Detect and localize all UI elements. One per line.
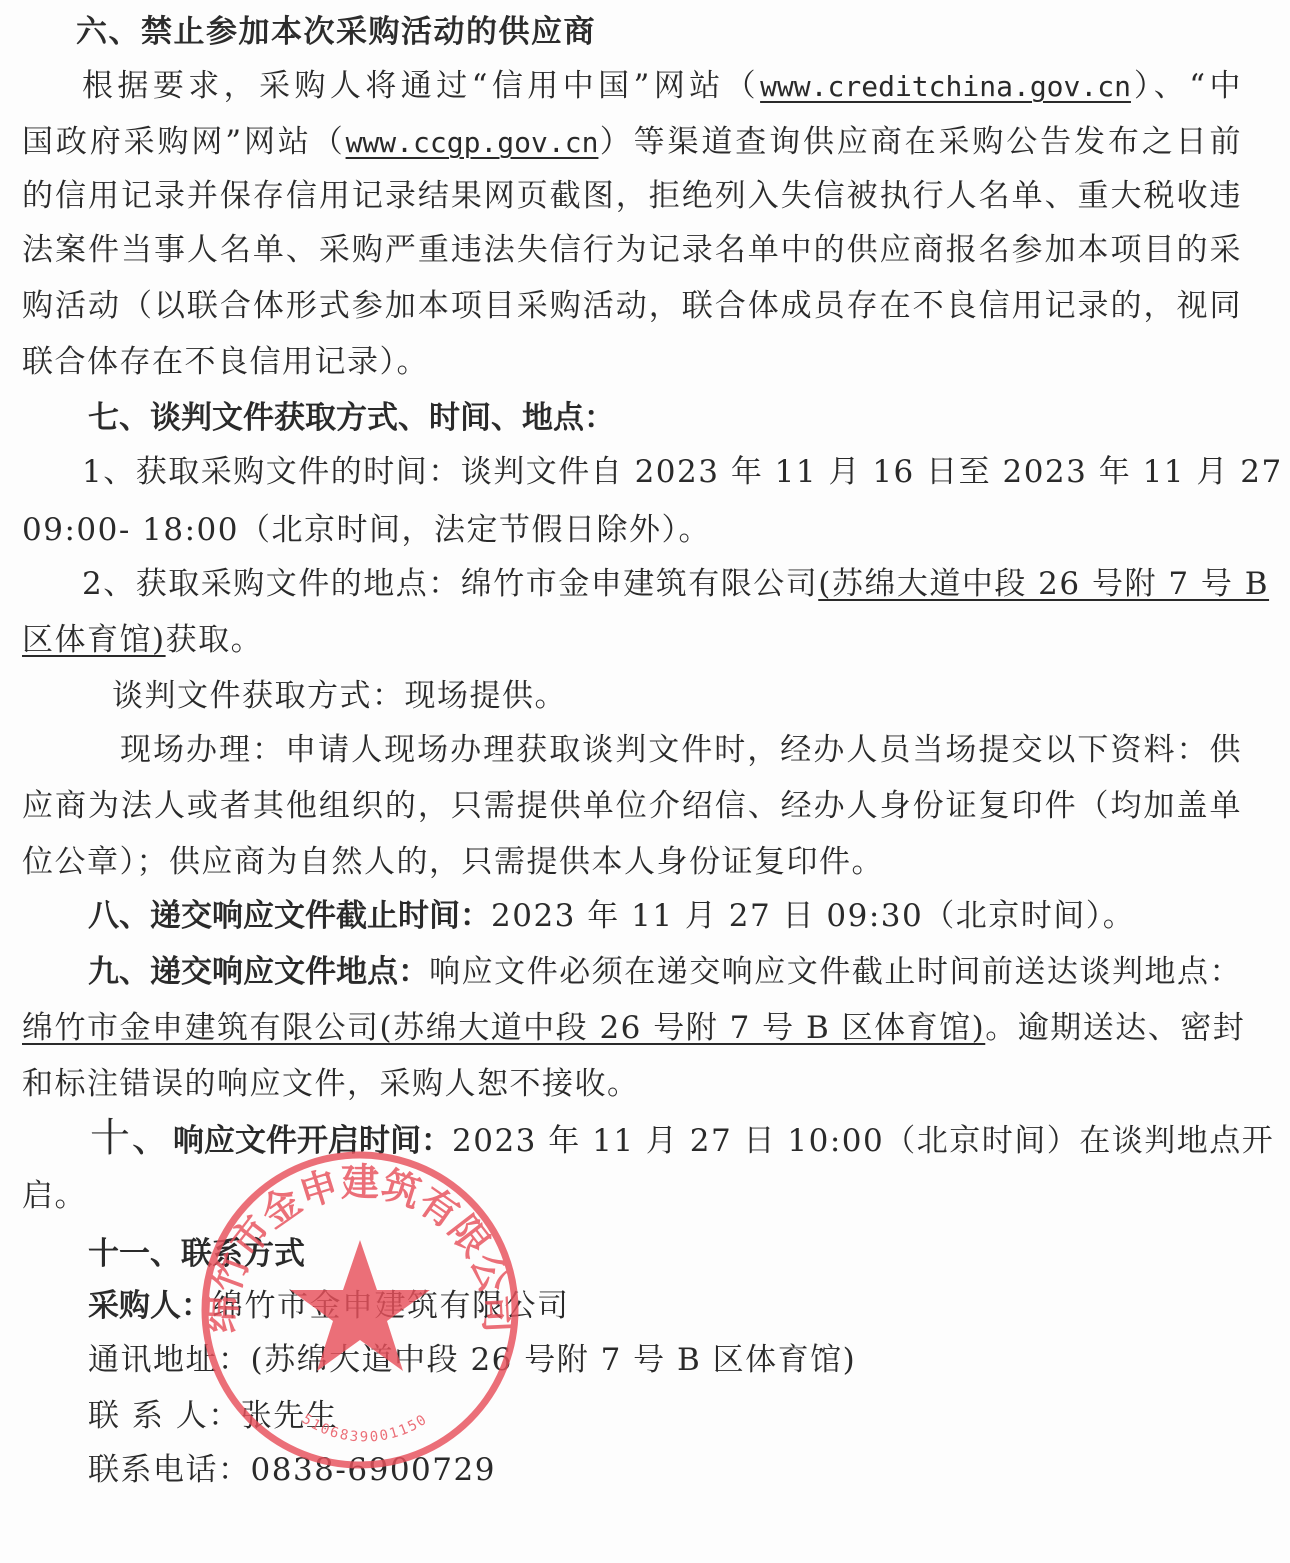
section-10-value: 2023 年 11 月 27 日 10:00（北京时间）在谈判地点开 bbox=[452, 1123, 1274, 1159]
ccgp-link[interactable]: www.ccgp.gov.cn bbox=[346, 126, 599, 159]
contact-phone: 联系电话：0838-6900729 bbox=[88, 1450, 1290, 1490]
section-9-heading: 九、递交响应文件地点： bbox=[88, 954, 429, 990]
purchaser-value: 绵竹市金申建筑有限公司 bbox=[212, 1288, 570, 1324]
section-6-line-5: 购活动（以联合体形式参加本项目采购活动，联合体成员存在不良信用记录的，视同 bbox=[22, 286, 1242, 326]
document-page: 六、禁止参加本次采购活动的供应商 根据要求，采购人将通过“信用中国”网站（www… bbox=[0, 0, 1290, 1563]
section-6-line-6: 联合体存在不良信用记录）。 bbox=[22, 342, 1242, 382]
address-value: (苏绵大道中段 26 号附 7 号 B 区体育馆) bbox=[251, 1342, 857, 1378]
text: 。逾期送达、密封 bbox=[985, 1010, 1245, 1046]
address-label: 通讯地址： bbox=[88, 1342, 251, 1378]
text: ）、“中 bbox=[1131, 68, 1242, 104]
section-10-line-1: 十、响应文件开启时间：2023 年 11 月 27 日 10:00（北京时间）在… bbox=[90, 1118, 1242, 1158]
section-9-line-2: 绵竹市金申建筑有限公司(苏绵大道中段 26 号附 7 号 B 区体育馆)。逾期送… bbox=[22, 1008, 1242, 1048]
text: 获取。 bbox=[166, 622, 264, 658]
text: 响应文件必须在递交响应文件截止时间前送达谈判地点： bbox=[429, 954, 1242, 990]
section-8-heading: 八、递交响应文件截止时间： bbox=[88, 898, 491, 934]
section-8-value: 2023 年 11 月 27 日 09:30（北京时间）。 bbox=[491, 898, 1135, 934]
section-10-number: 十、 bbox=[90, 1115, 173, 1161]
purchaser-label: 采购人： bbox=[88, 1288, 212, 1324]
section-7-onsite-line-3: 位公章）；供应商为自然人的，只需提供本人身份证复印件。 bbox=[22, 842, 1242, 882]
contact-address: 通讯地址：(苏绵大道中段 26 号附 7 号 B 区体育馆) bbox=[88, 1340, 1290, 1380]
contact-purchaser: 采购人：绵竹市金申建筑有限公司 bbox=[88, 1286, 1290, 1326]
section-7-onsite-line-2: 应商为法人或者其他组织的，只需提供单位介绍信、经办人身份证复印件（均加盖单 bbox=[22, 786, 1242, 826]
section-9-line-1: 九、递交响应文件地点：响应文件必须在递交响应文件截止时间前送达谈判地点： bbox=[88, 952, 1242, 992]
section-10-line-2: 启。 bbox=[22, 1176, 1242, 1216]
address-underlined: (苏绵大道中段 26 号附 7 号 B bbox=[818, 566, 1269, 602]
creditchina-link[interactable]: www.creditchina.gov.cn bbox=[760, 70, 1131, 103]
section-7-item-2-line-1: 2、获取采购文件的地点：绵竹市金申建筑有限公司(苏绵大道中段 26 号附 7 号… bbox=[82, 564, 1242, 604]
section-6-line-2: 国政府采购网”网站（www.ccgp.gov.cn）等渠道查询供应商在采购公告发… bbox=[22, 122, 1242, 162]
section-6-line-1: 根据要求，采购人将通过“信用中国”网站（www.creditchina.gov.… bbox=[82, 66, 1242, 106]
section-6-line-3: 的信用记录并保存信用记录结果网页截图，拒绝列入失信被执行人名单、重大税收违 bbox=[22, 176, 1242, 216]
phone-label: 联系电话： bbox=[88, 1452, 251, 1488]
text: 2、获取采购文件的地点：绵竹市金申建筑有限公司 bbox=[82, 566, 818, 602]
section-11-heading: 十一、联系方式 bbox=[88, 1234, 1290, 1274]
section-7-item-1-line-1: 1、获取采购文件的时间：谈判文件自 2023 年 11 月 16 日至 2023… bbox=[82, 452, 1242, 492]
section-6-line-4: 法案件当事人名单、采购严重违法失信行为记录名单中的供应商报名参加本项目的采 bbox=[22, 230, 1242, 270]
text: 国政府采购网”网站（ bbox=[22, 124, 346, 160]
contact-person: 联 系 人：张先生 bbox=[88, 1396, 1290, 1436]
phone-value: 0838-6900729 bbox=[251, 1452, 496, 1488]
section-7-item-2-line-2: 区体育馆)获取。 bbox=[22, 620, 1242, 660]
section-10-heading: 响应文件开启时间： bbox=[173, 1123, 452, 1159]
section-7-item-1-line-2: 09:00- 18:00（北京时间，法定节假日除外）。 bbox=[22, 510, 1242, 550]
section-7-heading: 七、谈判文件获取方式、时间、地点： bbox=[88, 398, 1290, 438]
contact-label: 联 系 人： bbox=[88, 1398, 241, 1434]
text: 根据要求，采购人将通过“信用中国”网站（ bbox=[82, 68, 760, 104]
section-8: 八、递交响应文件截止时间：2023 年 11 月 27 日 09:30（北京时间… bbox=[88, 896, 1290, 936]
section-6-heading: 六、禁止参加本次采购活动的供应商 bbox=[76, 12, 1290, 52]
section-7-onsite-line-1: 现场办理：申请人现场办理获取谈判文件时，经办人员当场提交以下资料：供 bbox=[120, 730, 1242, 770]
section-7-method: 谈判文件获取方式：现场提供。 bbox=[112, 676, 1242, 716]
text: ）等渠道查询供应商在采购公告发布之日前 bbox=[598, 124, 1242, 160]
contact-value: 张先生 bbox=[241, 1398, 339, 1434]
address-underlined: 绵竹市金申建筑有限公司(苏绵大道中段 26 号附 7 号 B 区体育馆) bbox=[22, 1010, 985, 1046]
section-9-line-3: 和标注错误的响应文件，采购人恕不接收。 bbox=[22, 1064, 1242, 1104]
address-underlined: 区体育馆) bbox=[22, 622, 166, 658]
